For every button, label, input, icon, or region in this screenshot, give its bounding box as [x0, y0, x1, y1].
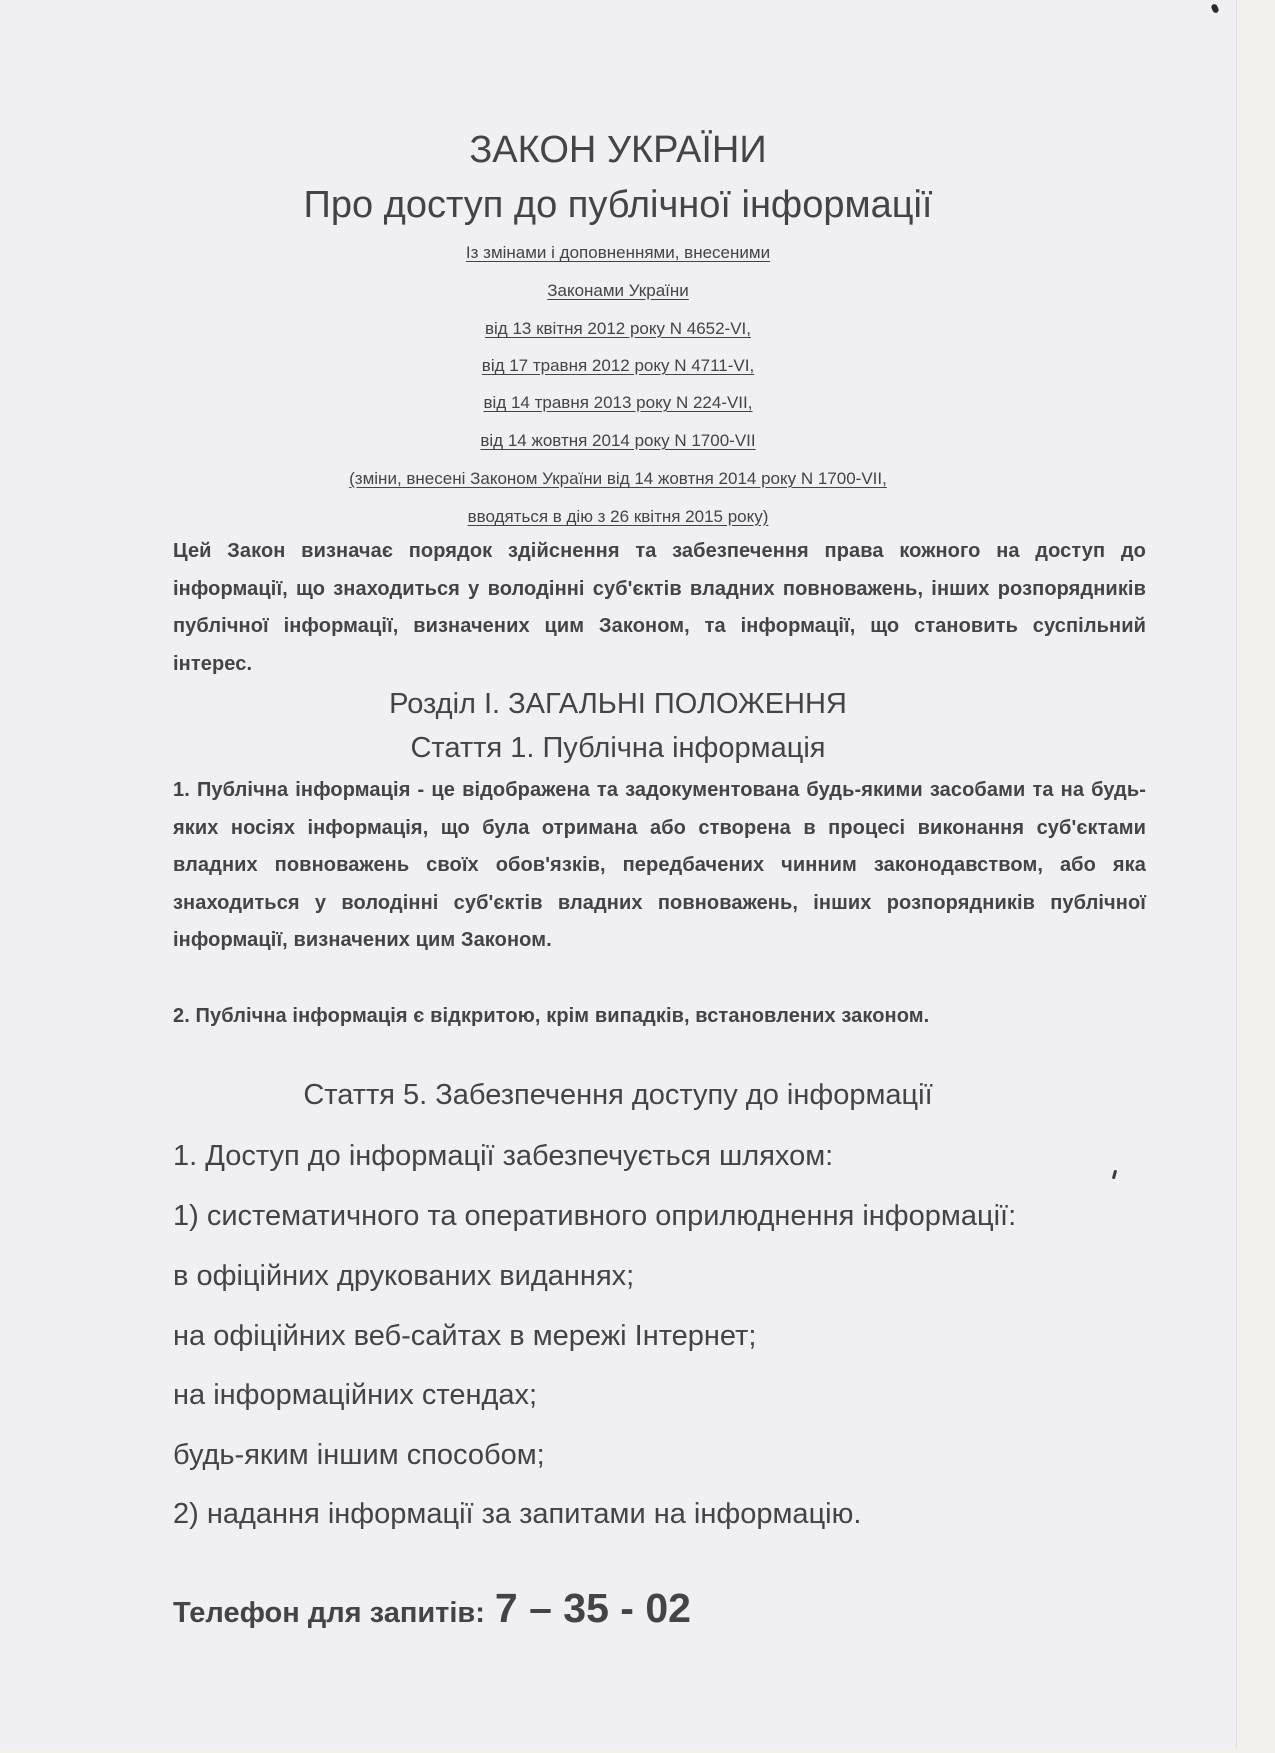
article5-line: на офіційних веб-сайтах в мережі Інтерне… — [173, 1319, 756, 1353]
amendment-line: (зміни, внесені Законом України від 14 ж… — [0, 469, 1236, 489]
amendment-line: від 13 квітня 2012 року N 4652-VI, — [0, 319, 1236, 339]
amendment-line: від 14 травня 2013 року N 224-VII, — [0, 393, 1236, 413]
article5-line: 1) систематичного та оперативного оприлю… — [173, 1199, 1016, 1233]
law-title: ЗАКОН УКРАЇНИ — [0, 128, 1236, 172]
law-subtitle: Про доступ до публічної інформації — [0, 183, 1236, 227]
article5-line: на інформаційних стендах; — [173, 1378, 537, 1412]
article5-line: 2) надання інформації за запитами на інф… — [173, 1497, 861, 1531]
scan-speck — [1112, 1170, 1117, 1179]
article5-line: 1. Доступ до інформації забезпечується ш… — [173, 1139, 833, 1173]
phone-label: Телефон для запитів: — [173, 1597, 485, 1629]
amendment-line: Із змінами і доповненнями, внесеними — [0, 243, 1236, 263]
section-heading: Розділ І. ЗАГАЛЬНІ ПОЛОЖЕННЯ — [0, 687, 1236, 721]
article5-line: в офіційних друкованих виданнях; — [173, 1259, 634, 1293]
scan-speck — [1210, 3, 1219, 14]
preamble-paragraph: Цей Закон визначає порядок здійснення та… — [173, 533, 1146, 683]
document-page: ЗАКОН УКРАЇНИ Про доступ до публічної ін… — [0, 0, 1237, 1748]
article1-heading: Стаття 1. Публічна інформація — [0, 731, 1236, 765]
phone-number: 7 – 35 - 02 — [495, 1585, 691, 1631]
article1-paragraph-2: 2. Публічна інформація є відкритою, крім… — [173, 998, 1146, 1036]
amendment-line: вводяться в дію з 26 квітня 2015 року) — [0, 507, 1236, 527]
amendment-line: Законами України — [0, 281, 1236, 301]
amendment-line: від 17 травня 2012 року N 4711-VI, — [0, 356, 1236, 376]
article5-heading: Стаття 5. Забезпечення доступу до інформ… — [0, 1078, 1236, 1112]
contact-phone: Телефон для запитів:7 – 35 - 02 — [173, 1585, 691, 1632]
article1-paragraph-1: 1. Публічна інформація - це відображена … — [173, 772, 1146, 960]
amendment-line: від 14 жовтня 2014 року N 1700-VII — [0, 431, 1236, 451]
article5-line: будь-яким іншим способом; — [173, 1438, 545, 1472]
